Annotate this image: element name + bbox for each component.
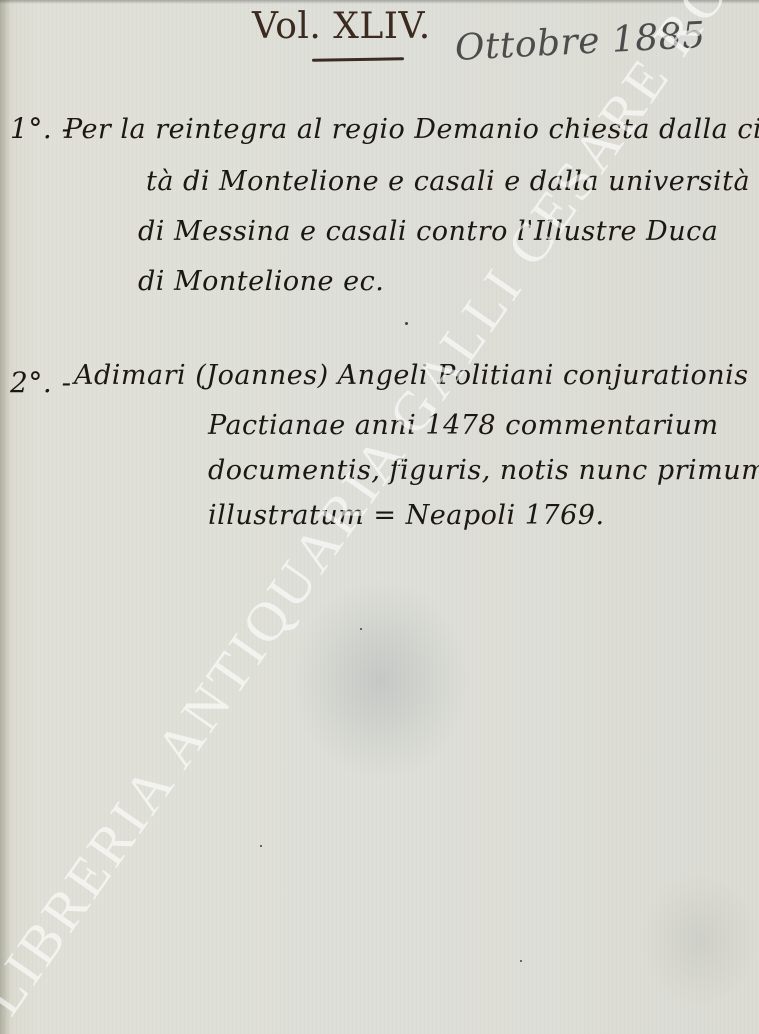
- volume-underline: [312, 57, 404, 62]
- pencil-date: Ottobre 1885: [454, 15, 707, 69]
- entry-1-line-3: di Messina e casali contro l'Illustre Du…: [138, 216, 718, 247]
- page-top-edge: [0, 0, 759, 4]
- entry-1-number: 1°. -: [10, 112, 72, 145]
- entry-2-line-2: Pactianae anni 1478 commentarium: [208, 410, 719, 441]
- ink-speck: [405, 322, 408, 325]
- entry-2-number: 2°. -: [10, 366, 72, 399]
- entry-1-line-1: Per la reintegra al regio Demanio chiest…: [64, 114, 759, 145]
- ink-speck: [520, 960, 522, 962]
- volume-label: Vol. XLIV.: [252, 6, 431, 47]
- entry-1-line-2: tà di Montelione e casali e dalla univer…: [146, 166, 750, 197]
- binding-shadow: [0, 0, 10, 1034]
- entry-2-line-4: illustratum = Neapoli 1769.: [208, 500, 605, 531]
- entry-2-line-3: documentis, figuris, notis nunc primum: [208, 455, 759, 486]
- entry-2-line-1: Adimari (Joannes) Angeli Politiani conju…: [74, 360, 749, 391]
- entry-1-line-4: di Montelione ec.: [138, 266, 384, 297]
- ink-speck: [360, 628, 362, 630]
- manuscript-page: Vol. XLIV. Ottobre 1885 1°. - Per la rei…: [0, 0, 759, 1034]
- ink-speck: [260, 845, 262, 847]
